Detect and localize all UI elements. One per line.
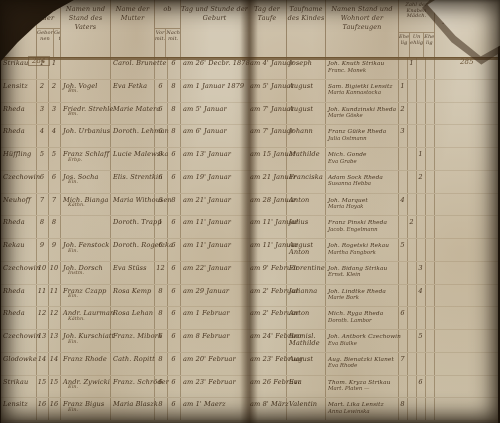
cell-tally-girls-illegitimate — [426, 57, 435, 79]
table-row: Lensitz 2 2 Joh. VogelBm. Eva Fetka 6 8 … — [1, 80, 248, 103]
cell-baptism-date: am 23' Februar — [248, 353, 287, 375]
left-table-body: Strikau 1 1 Carol. Brunette 6 am 26' Dec… — [1, 57, 248, 421]
cell-tally-girls-illegitimate — [426, 103, 435, 125]
cell-mother: Doroth. Trapp — [111, 216, 155, 238]
cell-baptism-date: am 8' März — [248, 398, 287, 420]
cell-witnesses: Aug. Bienatzki KlanetEva Rhode — [326, 353, 399, 375]
table-row: am 21 Januar Franciska Adam Sock RhedaSu… — [248, 171, 498, 194]
cell-birth-date: am 11' Januar — [181, 239, 248, 261]
cell-birthplace: Czechowin — [1, 262, 37, 284]
cell-remarks — [435, 307, 498, 329]
cell-tally-girls-illegitimate — [426, 239, 435, 261]
register-page-right: Tag der Taufe Taufname des Kindes Namen … — [248, 0, 498, 423]
table-row: am 2' Februar Julianna Joh. Lindtke Rhed… — [248, 285, 498, 308]
cell-baptism-name: Franciska — [287, 171, 326, 193]
cell-tally-girls-illegitimate — [426, 330, 435, 352]
cell-father: Franz SchlaffErbp. — [61, 148, 111, 170]
cell-tally-boys-legitimate: 8 — [399, 398, 408, 420]
cell-hour-pm: 6 — [168, 216, 181, 238]
cell-birth-date: am 20' Februar — [181, 353, 248, 375]
cell-hour-am: 6 — [155, 125, 168, 147]
cell-hour-am: 6 — [155, 239, 168, 261]
cell-mother: Maria Blaszk — [111, 398, 155, 420]
cell-birthplace: Neuhoff — [1, 194, 37, 216]
cell-mother: Rosa Lehan — [111, 307, 155, 329]
cell-tally-girls-illegitimate — [426, 376, 435, 398]
cell-father: Andr. LaurmanKäthn. — [61, 307, 111, 329]
cell-remarks — [435, 103, 498, 125]
cell-birthplace: Lensitz — [1, 398, 37, 420]
cell-witnesses: Joh. Knuth StrikauFranc. Monek — [326, 57, 399, 79]
cell-number-born: 11 — [37, 285, 49, 307]
cell-baptism-name: August — [287, 353, 326, 375]
cell-hour-pm: 8 — [168, 103, 181, 125]
cell-hour-pm: 6 — [168, 353, 181, 375]
cell-baptism-date: am 2' Februar — [248, 285, 287, 307]
cell-remarks — [435, 239, 498, 261]
cell-number-baptized: 15 — [49, 376, 61, 398]
cell-tally-girls-legitimate — [417, 353, 426, 375]
cell-baptism-name: Mathilde — [287, 148, 326, 170]
cell-father — [61, 216, 111, 238]
table-row: am 11' Januar Julius Franz Pinski RhedaJ… — [248, 216, 498, 239]
cell-father — [61, 57, 111, 79]
cell-number-born: 15 — [37, 376, 49, 398]
cell-hour-pm: 8 — [168, 125, 181, 147]
cell-baptism-name: Florentine — [287, 262, 326, 284]
cell-birth-date: am 1 Januar 1879 — [181, 80, 248, 102]
table-row: Rheda 4 4 Joh. Urbanius Doroth. Lehman 6… — [1, 125, 248, 148]
header-father: Namen und Stand des Vaters — [61, 0, 111, 57]
cell-father: Joh. VogelBm. — [61, 80, 111, 102]
cell-mother: Carol. Brunette — [111, 57, 155, 79]
cell-witnesses: Mart. Lika LensitzAnna Lewinska — [326, 398, 399, 420]
cell-birthplace: Rekau — [1, 239, 37, 261]
cell-tally-girls-legitimate — [417, 307, 426, 329]
register-page-left: Ort der Geburt Zahl der Gebor nen Getauf… — [1, 0, 248, 423]
cell-tally-boys-illegitimate — [408, 307, 417, 329]
table-row: Neuhoff 7 7 Mich. BiangaKäthn. Maria Wit… — [1, 194, 248, 217]
cell-birthplace: Lensitz — [1, 80, 37, 102]
right-table-body: am 4' Januar Joseph Joh. Knuth StrikauFr… — [248, 57, 498, 421]
cell-father: Franz BigusEin. — [61, 398, 111, 420]
table-row: am 5' Januar August Sam. Bigietki Lensit… — [248, 80, 498, 103]
cell-mother: Doroth. Rogetzka — [111, 239, 155, 261]
table-row: Czechowin 6 6 Jos. SochaEin. Elis. Stren… — [1, 171, 248, 194]
cell-number-born: 13 — [37, 330, 49, 352]
cell-hour-pm: 6 — [168, 376, 181, 398]
cell-baptism-date: am 24' Februar — [248, 330, 287, 352]
table-row: Rheda 11 11 Franz CzappEin. Rosa Kemp 8 … — [1, 285, 248, 308]
cell-father: Friedr. StrehleBm. — [61, 103, 111, 125]
cell-baptism-name: Anton — [287, 307, 326, 329]
cell-birthplace: Rheda — [1, 125, 37, 147]
cell-hour-am: 6 — [155, 103, 168, 125]
cell-witnesses: Joh. Antbork CzechowinEva Bialke — [326, 330, 399, 352]
cell-hour-am: 8 — [155, 148, 168, 170]
cell-baptism-date: am 7' Januar — [248, 125, 287, 147]
cell-mother: Eva Stüss — [111, 262, 155, 284]
header-mother: Name der Mutter — [111, 0, 155, 57]
cell-number-baptized: 3 — [49, 103, 61, 125]
cell-remarks — [435, 125, 498, 147]
cell-birth-date: am 1' Maerz — [181, 398, 248, 420]
cell-mother: Rosa Kemp — [111, 285, 155, 307]
page-number-left: 284 — [28, 56, 50, 66]
cell-witnesses: Sam. Bigietki LensitzMaria Kannastocka — [326, 80, 399, 102]
cell-baptism-date: am 15 Januar — [248, 148, 287, 170]
cell-hour-am: 6 — [155, 330, 168, 352]
cell-birth-date: am 5' Januar — [181, 103, 248, 125]
cell-remarks — [435, 171, 498, 193]
table-row: Lensitz 16 16 Franz BigusEin. Maria Blas… — [1, 398, 248, 421]
cell-tally-boys-illegitimate — [408, 171, 417, 193]
cell-birth-date: am 6' Januar — [181, 125, 248, 147]
table-row: am 11' Januar August Anton Joh. Rogetski… — [248, 239, 498, 262]
cell-tally-boys-legitimate: 6 — [399, 307, 408, 329]
cell-birth-date: am 29 Januar — [181, 285, 248, 307]
cell-baptism-date: am 26 Februar — [248, 376, 287, 398]
cell-baptism-name: Eva — [287, 376, 326, 398]
table-row: Glodowke 14 14 Franz Rhode Cath. Ropitt … — [1, 353, 248, 376]
cell-baptism-name: Anton — [287, 194, 326, 216]
cell-number-baptized: 2 — [49, 80, 61, 102]
cell-number-born: 9 — [37, 239, 49, 261]
cell-birth-date: am 26' Decbr. 1878 — [181, 57, 251, 79]
cell-number-born: 2 — [37, 80, 49, 102]
cell-birthplace: Czechowin — [1, 330, 37, 352]
header-hour-group: ob Vor mit. Nach mit. — [155, 0, 181, 57]
cell-witnesses: Joh. Lindtke RhedaMarie Bork — [326, 285, 399, 307]
cell-witnesses: Franz Pinski RhedaJacob. Engelmann — [326, 216, 399, 238]
cell-mother: Lucie Malewska — [111, 148, 155, 170]
cell-number-baptized: 1 — [49, 57, 61, 79]
cell-number-born: 12 — [37, 307, 49, 329]
cell-tally-boys-legitimate: 5 — [399, 239, 408, 261]
cell-baptism-name: August Anton — [287, 239, 326, 261]
cell-father: Joh. Urbanius — [61, 125, 111, 147]
table-row: Strikau 15 15 Andr. ZywickiEin. Franz. S… — [1, 376, 248, 399]
cell-number-baptized: 4 — [49, 125, 61, 147]
cell-mother: Maria Withousen — [111, 194, 155, 216]
header-baptism-date: Tag der Taufe — [248, 0, 287, 57]
cell-tally-girls-legitimate: 4 — [417, 285, 426, 307]
cell-hour-am: 6 — [155, 171, 168, 193]
cell-father: Franz Rhode — [61, 353, 111, 375]
cell-number-baptized: 10 — [49, 262, 61, 284]
cell-mother: Elis. Strentkin — [111, 171, 155, 193]
cell-hour-pm: 8 — [168, 80, 181, 102]
cell-number-baptized: 16 — [49, 398, 61, 420]
cell-baptism-name: August — [287, 103, 326, 125]
cell-hour-pm: 6 — [168, 148, 181, 170]
cell-tally-girls-legitimate — [417, 398, 426, 420]
cell-baptism-date: am 7' Januar — [248, 103, 287, 125]
cell-father: Jos. SochaEin. — [61, 171, 111, 193]
header-baptism-name: Taufname des Kindes — [287, 0, 326, 57]
cell-witnesses: Mich. GondeEva Grabe — [326, 148, 399, 170]
cell-witnesses: Joh. Bidang StrikauErnst. Klein — [326, 262, 399, 284]
cell-hour-pm: 6 — [168, 398, 181, 420]
cell-birth-date: am 1 Februar — [181, 307, 248, 329]
cell-hour-am — [155, 57, 168, 79]
cell-number-baptized: 6 — [49, 171, 61, 193]
cell-birthplace: Rheda — [1, 103, 37, 125]
cell-number-baptized: 13 — [49, 330, 61, 352]
cell-tally-boys-legitimate — [399, 148, 408, 170]
table-row: Hüffling 5 5 Franz SchlaffErbp. Lucie Ma… — [1, 148, 248, 171]
cell-tally-boys-illegitimate — [408, 239, 417, 261]
cell-birth-date: am 11' Januar — [181, 216, 248, 238]
cell-hour-am: 6 — [155, 376, 168, 398]
cell-baptism-name: Valentin — [287, 398, 326, 420]
cell-tally-girls-illegitimate — [426, 216, 435, 238]
cell-tally-girls-legitimate — [417, 57, 426, 79]
cell-birth-date: am 23' Februar — [181, 376, 248, 398]
table-row: am 24' Februar Bronisl. Mathilde Joh. An… — [248, 330, 498, 353]
cell-remarks — [435, 376, 498, 398]
cell-hour-am: 8 — [155, 353, 168, 375]
cell-number-baptized: 5 — [49, 148, 61, 170]
table-row: Czechowin 13 13 Joh. KurschiattEin. Fran… — [1, 330, 248, 353]
cell-remarks — [435, 330, 498, 352]
register-photo: Ort der Geburt Zahl der Gebor nen Getauf… — [0, 0, 500, 423]
cell-birth-date: am 22' Januar — [181, 262, 248, 284]
cell-birthplace: Rheda — [1, 285, 37, 307]
cell-baptism-date: am 28 Januar — [248, 194, 287, 216]
cell-remarks — [435, 398, 498, 420]
cell-birth-date: am 19' Januar — [181, 171, 248, 193]
cell-tally-girls-illegitimate — [426, 285, 435, 307]
cell-mother: Eva Fetka — [111, 80, 155, 102]
header-birthdate: Tag und Stunde der Geburt — [181, 0, 248, 57]
cell-tally-boys-legitimate: 7 — [399, 353, 408, 375]
cell-tally-girls-illegitimate — [426, 171, 435, 193]
table-row: am 26 Februar Eva Thom. Kryza StrikauMar… — [248, 376, 498, 399]
cell-remarks — [435, 262, 498, 284]
table-row: Rheda 12 12 Andr. LaurmanKäthn. Rosa Leh… — [1, 307, 248, 330]
cell-number-born: 6 — [37, 171, 49, 193]
cell-remarks — [435, 353, 498, 375]
cell-number-born: 7 — [37, 194, 49, 216]
cell-tally-boys-legitimate — [399, 285, 408, 307]
table-row: am 2' Februar Anton Mich. Ryga RhedaDoro… — [248, 307, 498, 330]
cell-tally-girls-illegitimate — [426, 307, 435, 329]
cell-tally-boys-illegitimate — [408, 148, 417, 170]
cell-tally-boys-legitimate — [399, 262, 408, 284]
table-row: Rheda 8 8 Doroth. Trapp 1 6 am 11' Janua… — [1, 216, 248, 239]
cell-witnesses: Joh. Kundzinski RhedaMarie Göske — [326, 103, 399, 125]
cell-tally-girls-illegitimate — [426, 194, 435, 216]
cell-remarks — [435, 148, 498, 170]
table-row: am 7' Januar Johann Franz Güike RhedaJul… — [248, 125, 498, 148]
cell-tally-girls-legitimate: 5 — [417, 330, 426, 352]
cell-number-baptized: 7 — [49, 194, 61, 216]
cell-hour-am: 8 — [155, 285, 168, 307]
cell-witnesses: Joh. Rogetski RekauMartha Fangbork — [326, 239, 399, 261]
cell-number-baptized: 11 — [49, 285, 61, 307]
cell-tally-girls-legitimate: 2 — [417, 171, 426, 193]
cell-hour-pm: 6 — [168, 262, 181, 284]
table-row: am 23' Februar August Aug. Bienatzki Kla… — [248, 353, 498, 376]
cell-birth-date: am 8 Februar — [181, 330, 248, 352]
page-number-right: 285 — [460, 58, 474, 66]
cell-hour-am: 8 — [155, 398, 168, 420]
cell-tally-girls-legitimate: 1 — [417, 148, 426, 170]
cell-tally-boys-illegitimate — [408, 330, 417, 352]
cell-birthplace: Rheda — [1, 216, 37, 238]
cell-father: Franz CzappEin. — [61, 285, 111, 307]
cell-witnesses: Adam Sock RhedaSusanna Hebba — [326, 171, 399, 193]
cell-birthplace: Glodowke — [1, 353, 37, 375]
cell-tally-boys-illegitimate — [408, 125, 417, 147]
cell-number-baptized: 12 — [49, 307, 61, 329]
cell-baptism-name: Julianna — [287, 285, 326, 307]
cell-hour-am: 8 — [155, 307, 168, 329]
table-row: am 9' Februar Florentine Joh. Bidang Str… — [248, 262, 498, 285]
cell-hour-am: 12 — [155, 262, 168, 284]
cell-tally-boys-illegitimate — [408, 398, 417, 420]
table-row: am 8' März Valentin Mart. Lika LensitzAn… — [248, 398, 498, 421]
cell-tally-girls-legitimate — [417, 194, 426, 216]
cell-hour-pm: 8 — [168, 194, 181, 216]
cell-hour-pm: 6 — [168, 57, 181, 79]
cell-tally-boys-illegitimate — [408, 80, 417, 102]
cell-witnesses: Joh. MarquetMaria Hoyak — [326, 194, 399, 216]
cell-tally-boys-illegitimate: 2 — [408, 216, 417, 238]
cell-baptism-date: am 11' Januar — [248, 216, 287, 238]
cell-number-born: 5 — [37, 148, 49, 170]
cell-hour-pm: 6 — [168, 330, 181, 352]
cell-baptism-name: Bronisl. Mathilde — [287, 330, 326, 352]
cell-number-born: 3 — [37, 103, 49, 125]
cell-witnesses: Thom. Kryza StrikauMart. Platen — — [326, 376, 399, 398]
cell-number-born: 14 — [37, 353, 49, 375]
cell-baptism-date: am 11' Januar — [248, 239, 287, 261]
cell-baptism-name: Johann — [287, 125, 326, 147]
cell-tally-girls-legitimate — [417, 103, 426, 125]
cell-baptism-name: August — [287, 80, 326, 102]
cell-tally-girls-illegitimate — [426, 80, 435, 102]
cell-baptism-date: am 5' Januar — [248, 80, 287, 102]
cell-baptism-name: Julius — [287, 216, 326, 238]
cell-tally-boys-legitimate — [399, 216, 408, 238]
table-row: am 28 Januar Anton Joh. MarquetMaria Hoy… — [248, 194, 498, 217]
cell-birthplace: Hüffling — [1, 148, 37, 170]
cell-number-born: 16 — [37, 398, 49, 420]
cell-birth-date: am 13' Januar — [181, 148, 248, 170]
cell-father: Joh. DorschInstm. — [61, 262, 111, 284]
cell-birthplace: Rheda — [1, 307, 37, 329]
cell-witnesses: Franz Güike RhedaJulia Ostmann — [326, 125, 399, 147]
cell-tally-girls-illegitimate — [426, 353, 435, 375]
cell-tally-boys-legitimate — [399, 376, 408, 398]
cell-number-born: 8 — [37, 216, 49, 238]
cell-baptism-date: am 4' Januar — [248, 57, 287, 79]
cell-mother: Franz. Schröder — [111, 376, 155, 398]
cell-tally-girls-legitimate — [417, 80, 426, 102]
cell-tally-girls-illegitimate — [426, 262, 435, 284]
cell-tally-boys-legitimate — [399, 57, 408, 79]
cell-number-born: 4 — [37, 125, 49, 147]
cell-birthplace: Czechowin — [1, 171, 37, 193]
cell-number-born: 10 — [37, 262, 49, 284]
cell-number-baptized: 8 — [49, 216, 61, 238]
cell-tally-girls-legitimate — [417, 239, 426, 261]
cell-tally-boys-legitimate — [399, 171, 408, 193]
cell-tally-girls-illegitimate — [426, 125, 435, 147]
cell-number-baptized: 9 — [49, 239, 61, 261]
cell-tally-boys-illegitimate — [408, 376, 417, 398]
cell-hour-pm: 6 — [168, 307, 181, 329]
cell-father: Mich. BiangaKäthn. — [61, 194, 111, 216]
cell-tally-girls-illegitimate — [426, 398, 435, 420]
cell-mother: Cath. Ropitt — [111, 353, 155, 375]
cell-tally-boys-illegitimate — [408, 353, 417, 375]
cell-tally-boys-illegitimate — [408, 285, 417, 307]
cell-tally-girls-legitimate: 6 — [417, 376, 426, 398]
table-row: Czechowin 10 10 Joh. DorschInstm. Eva St… — [1, 262, 248, 285]
cell-tally-boys-legitimate: 3 — [399, 125, 408, 147]
table-row: am 7' Januar August Joh. Kundzinski Rhed… — [248, 103, 498, 126]
cell-baptism-name: Joseph — [287, 57, 326, 79]
cell-tally-boys-illegitimate: 1 — [408, 57, 417, 79]
cell-birth-date: am 21' Januar — [181, 194, 248, 216]
cell-hour-pm: 6 — [168, 171, 181, 193]
cell-father: Andr. ZywickiEin. — [61, 376, 111, 398]
table-row: Rekau 9 9 Joh. FenstockEin. Doroth. Roge… — [1, 239, 248, 262]
cell-mother: Doroth. Lehman — [111, 125, 155, 147]
cell-baptism-date: am 2' Februar — [248, 307, 287, 329]
cell-mother: Marie Matera — [111, 103, 155, 125]
cell-remarks — [435, 285, 498, 307]
cell-tally-girls-legitimate: 3 — [417, 262, 426, 284]
cell-tally-girls-legitimate — [417, 216, 426, 238]
cell-hour-am: 6 — [155, 80, 168, 102]
table-row: am 15 Januar Mathilde Mich. GondeEva Gra… — [248, 148, 498, 171]
cell-remarks — [435, 194, 498, 216]
cell-tally-girls-illegitimate — [426, 148, 435, 170]
cell-tally-boys-illegitimate — [408, 262, 417, 284]
cell-tally-boys-legitimate: 4 — [399, 194, 408, 216]
cell-tally-boys-legitimate: 2 — [399, 103, 408, 125]
cell-hour-am: 6 — [155, 194, 168, 216]
cell-number-baptized: 14 — [49, 353, 61, 375]
cell-mother: Franz. Mibork — [111, 330, 155, 352]
cell-hour-pm: 6 — [168, 239, 181, 261]
table-row: Rheda 3 3 Friedr. StrehleBm. Marie Mater… — [1, 103, 248, 126]
cell-baptism-date: am 21 Januar — [248, 171, 287, 193]
cell-remarks — [435, 80, 498, 102]
cell-tally-boys-legitimate — [399, 330, 408, 352]
cell-tally-boys-illegitimate — [408, 194, 417, 216]
cell-remarks — [435, 216, 498, 238]
cell-tally-boys-illegitimate — [408, 103, 417, 125]
cell-birthplace: Strikau — [1, 376, 37, 398]
cell-father: Joh. KurschiattEin. — [61, 330, 111, 352]
cell-father: Joh. FenstockEin. — [61, 239, 111, 261]
cell-tally-girls-legitimate — [417, 125, 426, 147]
cell-witnesses: Mich. Ryga RhedaDoroth. Lambor — [326, 307, 399, 329]
cell-tally-boys-legitimate: 1 — [399, 80, 408, 102]
cell-hour-am: 1 — [155, 216, 168, 238]
cell-hour-pm: 6 — [168, 285, 181, 307]
header-witnesses: Namen Stand und Wohnort der Taufzeugen — [326, 0, 399, 57]
cell-baptism-date: am 9' Februar — [248, 262, 287, 284]
